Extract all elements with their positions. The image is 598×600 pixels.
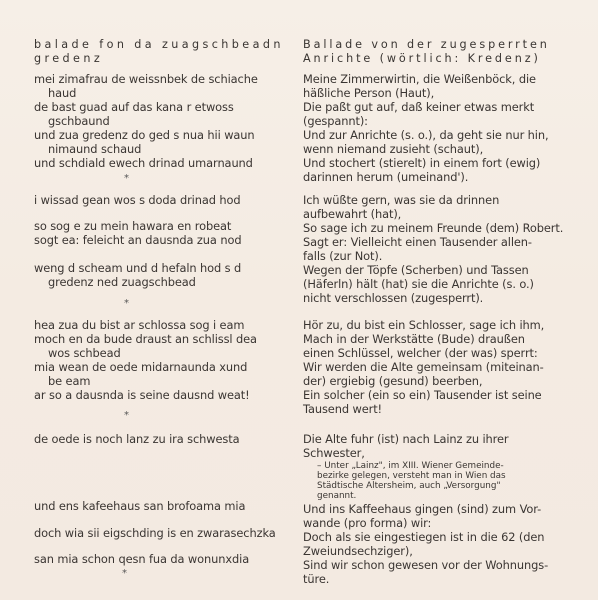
translation-line: Tausend wert! — [303, 402, 382, 416]
verse-line: be eam — [34, 374, 90, 388]
verse-line: weng d scheam und d hefaln hod s d — [34, 261, 241, 275]
translation-line: wenn niemand zusieht (schaut), — [303, 142, 483, 156]
translation-line: Und stochert (stierelt) in einem fort (e… — [303, 156, 540, 170]
translation-line: Hör zu, du bist ein Schlosser, sage ich … — [303, 318, 544, 332]
verse-line: nimaund schaud — [34, 142, 141, 156]
translation-line: (Häferln) hält (hat) sie die Anrichte (s… — [303, 277, 534, 291]
dialect-title-line-1: balade fon da zuagschbeadn — [34, 38, 284, 52]
translation-line: Und ins Kaffeehaus gingen (sind) zum Vor… — [303, 502, 541, 516]
verse-line: mei zimafrau de weissnbek de schiache — [34, 72, 258, 86]
translation-line: Schwester, — [303, 446, 365, 460]
verse-line: haud — [34, 86, 76, 100]
verse-line: doch wia sii eigschding is en zwarasechz… — [34, 526, 276, 540]
footnote-line: genannt. — [317, 491, 356, 501]
translation-line: Die paßt gut auf, daß keiner etwas merkt — [303, 100, 534, 114]
translation-line: Zweiundsechziger), — [303, 544, 413, 558]
verse-line: mia wean de oede midarnaunda xund — [34, 360, 247, 374]
translation-line: Doch als sie eingestiegen ist in die 62 … — [303, 530, 544, 544]
verse-line: und zua gredenz do ged s nua hii waun — [34, 128, 255, 142]
translation-line: Ein solcher (ein so ein) Tausender ist s… — [303, 388, 542, 402]
translation-line: falls (zur Not). — [303, 249, 382, 263]
footnote-line: Städtische Altersheim, auch „Versorgung" — [317, 481, 501, 491]
translation-line: einen Schlüssel, welcher (der was) sperr… — [303, 346, 538, 360]
translation-line: Mach in der Werkstätte (Bude) draußen — [303, 332, 525, 346]
verse-line: hea zua du bist ar schlossa sog i eam — [34, 318, 244, 332]
verse-line: so sog e zu mein hawara en robeat — [34, 219, 231, 233]
verse-line: gredenz ned zuagschbead — [34, 275, 196, 289]
verse-line: de oede is noch lanz zu ira schwesta — [34, 432, 239, 446]
translation-line: türe. — [303, 572, 329, 586]
verse-line: wos schbead — [34, 346, 121, 360]
translation-line: So sage ich zu meinem Freunde (dem) Robe… — [303, 221, 563, 235]
asterisk-divider: * — [124, 410, 129, 421]
footnote-line: – Unter „Lainz", im XIII. Wiener Gemeind… — [317, 461, 504, 471]
verse-line: sogt ea: feleicht an dausnda zua nod — [34, 233, 241, 247]
footnote-line: bezirke gelegen, versteht man in Wien da… — [317, 471, 506, 481]
asterisk-divider: * — [124, 298, 129, 309]
verse-line: moch en da bude draust an schlissl dea — [34, 332, 257, 346]
book-page: balade fon da zuagschbeadn gredenz mei z… — [0, 0, 598, 600]
translation-line: der) ergiebig (gesund) beerben, — [303, 374, 482, 388]
verse-line: san mia schon qesn fua da wonunxdia — [34, 552, 249, 566]
verse-line: ar so a dausnda is seine dausnd weat! — [34, 388, 250, 402]
asterisk-divider: * — [124, 173, 129, 184]
translation-line: häßliche Person (Haut), — [303, 86, 434, 100]
verse-line: und ens kafeehaus san brofoama mia — [34, 499, 245, 513]
translation-line: darinnen herum (umeinand'). — [303, 170, 468, 184]
translation-line: Meine Zimmerwirtin, die Weißenböck, die — [303, 72, 536, 86]
dialect-title-line-2: gredenz — [34, 52, 103, 66]
translation-line: nicht verschlossen (zugesperrt). — [303, 291, 483, 305]
translation-line: Und zur Anrichte (s. o.), da geht sie nu… — [303, 128, 549, 142]
translation-line: Sagt er: Vielleicht einen Tausender alle… — [303, 235, 532, 249]
verse-line: gschbaund — [34, 114, 110, 128]
verse-line: i wissad gean wos s doda drinad hod — [34, 193, 241, 207]
translation-line: wande (pro forma) wir: — [303, 516, 431, 530]
translation-title-line-1: Ballade von der zugesperrten — [303, 38, 550, 52]
verse-line: und schdiald ewech drinad umarnaund — [34, 156, 253, 170]
translation-line: (gespannt): — [303, 114, 368, 128]
verse-line: de bast guad auf das kana r etwoss — [34, 100, 234, 114]
translation-line: Wegen der Töpfe (Scherben) und Tassen — [303, 263, 529, 277]
translation-line: Wir werden die Alte gemeinsam (miteinan- — [303, 360, 544, 374]
translation-line: aufbewahrt (hat), — [303, 207, 401, 221]
translation-line: Die Alte fuhr (ist) nach Lainz zu ihrer — [303, 432, 508, 446]
asterisk-divider: * — [122, 568, 127, 579]
translation-line: Ich wüßte gern, was sie da drinnen — [303, 193, 499, 207]
translation-line: Sind wir schon gewesen vor der Wohnungs- — [303, 558, 548, 572]
translation-title-line-2: Anrichte (wörtlich: Kredenz) — [303, 52, 541, 66]
